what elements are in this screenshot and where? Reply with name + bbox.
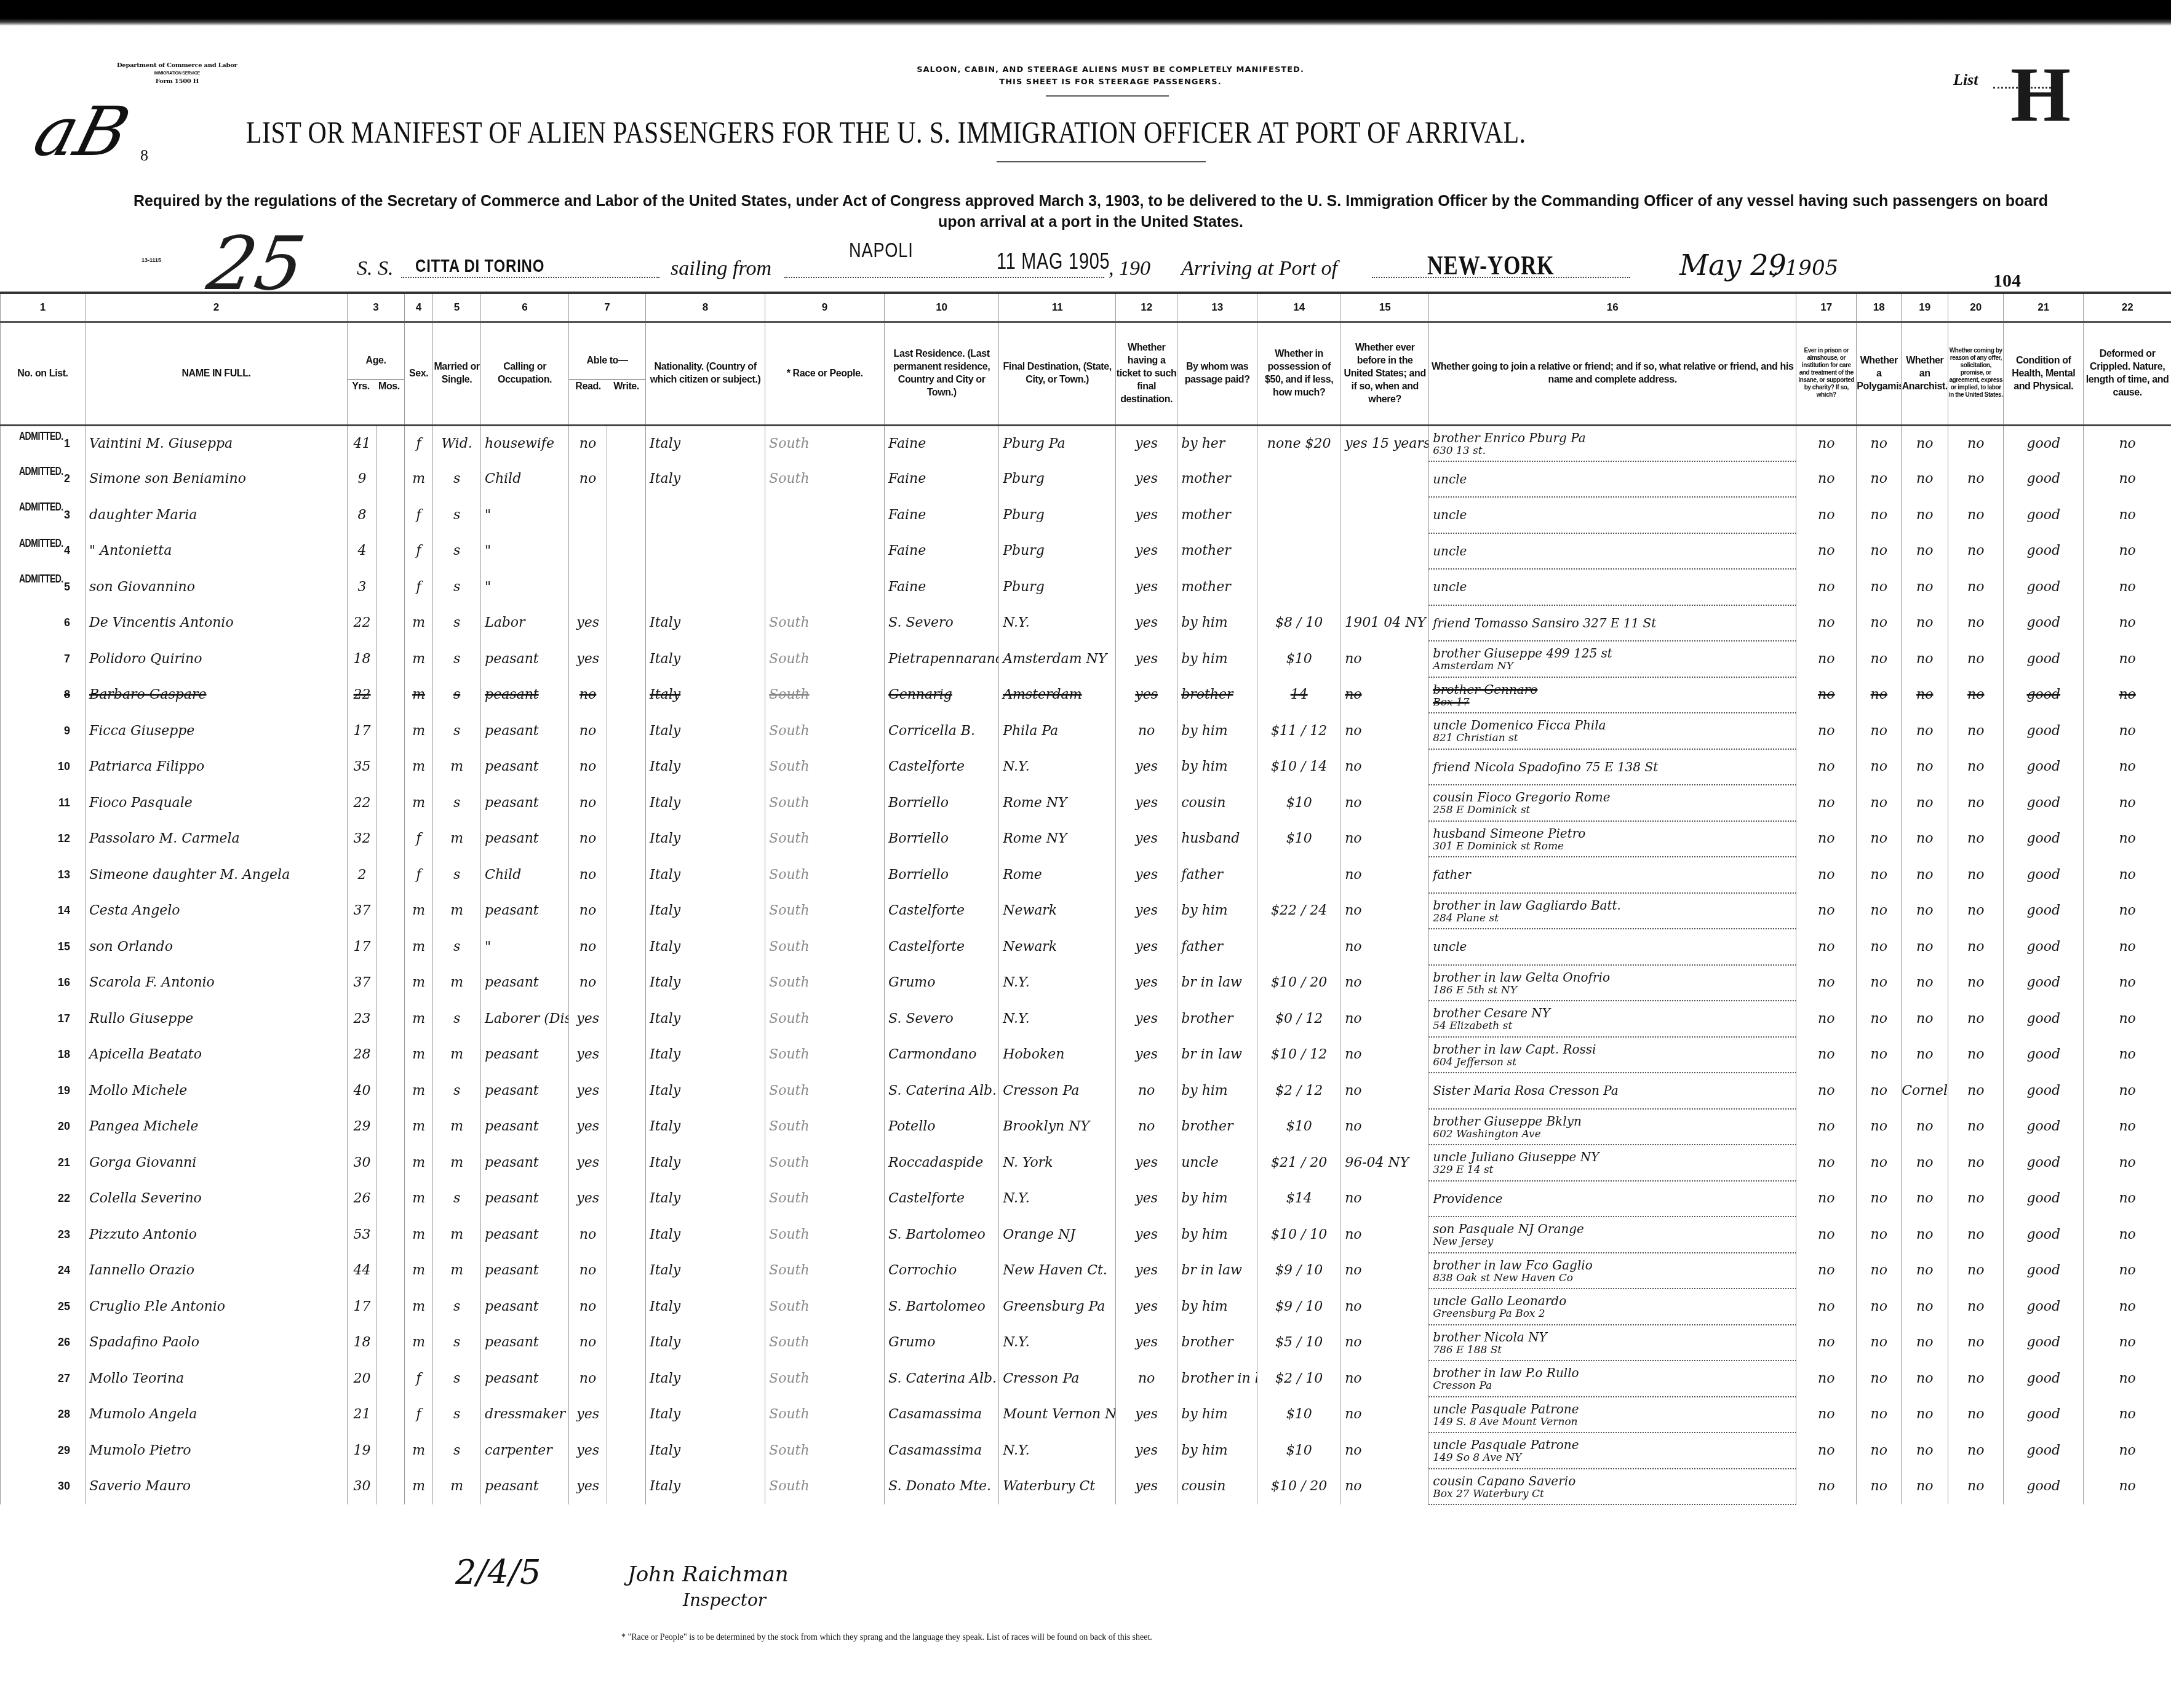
cell-contract-labor: no [1948,1217,2004,1253]
relative-name: brother in law Gelta Onofrio [1433,970,1610,985]
cell-passenger-name: Mumolo Pietro [86,1432,348,1469]
cell-has-ticket: yes [1116,1181,1177,1217]
cell-occupation: Child [481,461,569,498]
relative-name: son Pasquale NJ Orange [1433,1221,1584,1236]
cell-has-ticket: yes [1116,1325,1177,1361]
cell-relative-or-friend: brother Enrico Pburg Pa630 13 st. [1429,425,1796,461]
cell-last-residence: Grumo [885,1325,999,1361]
cell-passenger-name: son Giovannino [86,569,348,605]
cell-prison: no [1796,1469,1857,1505]
cell-prison: no [1796,1181,1857,1217]
cell-occupation: carpenter [481,1432,569,1469]
cell-sex: f [405,497,433,533]
cell-final-destination: Amsterdam [999,677,1116,713]
cell-can-write [607,785,646,821]
cell-age-months [377,1001,405,1037]
cell-anarchist: no [1902,893,1948,929]
cell-occupation: housewife [481,425,569,461]
admitted-stamp: ADMITTED. [19,573,63,585]
cell-anarchist: no [1902,749,1948,785]
relative-name: Providence [1433,1191,1502,1206]
cell-can-write [607,641,646,677]
cell-age-months [377,1469,405,1505]
cell-deformed: no [2084,677,2171,713]
cell-marital-status: s [433,1001,481,1037]
cell-health: good [2004,1001,2084,1037]
cell-has-ticket: yes [1116,497,1177,533]
header-calling: Calling or Occupation. [481,322,569,425]
cell-passenger-name: Mollo Michele [86,1073,348,1109]
cell-passenger-name: son Orlando [86,929,348,965]
relative-address: 54 Elizabeth st [1433,1020,1796,1031]
cell-has-ticket: yes [1116,785,1177,821]
cell-money: $10 / 20 [1257,965,1341,1001]
cell-sex: f [405,425,433,461]
cell-age-months [377,1253,405,1289]
row-number: 6 [64,616,70,629]
cell-age-months [377,1073,405,1109]
cell-can-write [607,1073,646,1109]
cell-passage-paid-by: by him [1177,605,1257,641]
cell-polygamist: no [1857,533,1902,570]
list-letter: H [2010,57,2071,134]
cell-health: good [2004,821,2084,857]
relative-name: brother in law P.o Rullo [1433,1365,1579,1380]
cell-prison: no [1796,677,1857,713]
row-number: 27 [58,1372,70,1384]
header-last-residence: Last Residence. (Last permanent residenc… [885,322,999,425]
row-number: 18 [58,1048,70,1060]
cell-anarchist: no [1902,1109,1948,1145]
cell-passenger-name: Mumolo Angela [86,1397,348,1433]
cell-last-residence: Casamassima [885,1397,999,1433]
col-num: 8 [646,293,765,322]
cell-last-residence: Borriello [885,785,999,821]
cell-last-residence: S. Bartolomeo [885,1217,999,1253]
cell-contract-labor: no [1948,785,2004,821]
cell-relative-or-friend: brother in law Gelta Onofrio186 E 5th st… [1429,965,1796,1001]
cell-race: South [765,1469,885,1505]
cell-marital-status: m [433,1037,481,1073]
cell-final-destination: N.Y. [999,1181,1116,1217]
cell-marital-status: s [433,1289,481,1325]
cell-occupation: peasant [481,1253,569,1289]
form-code: 13-1115 [141,257,161,263]
cell-nationality: Italy [646,641,765,677]
table-row: 30Saverio Mauro30mmpeasantyesItalySouthS… [1,1469,2171,1505]
row-number: 13 [58,868,70,881]
cell-contract-labor: no [1948,533,2004,570]
cell-prison: no [1796,857,1857,893]
cell-anarchist: no [1902,425,1948,461]
relative-name: uncle Pasquale Patrone [1433,1437,1579,1452]
table-row: 14Cesta Angelo37mmpeasantnoItalySouthCas… [1,893,2171,929]
cell-marital-status: s [433,1181,481,1217]
cell-can-read: no [569,461,607,498]
cell-nationality: Italy [646,1073,765,1109]
cell-age-months [377,1217,405,1253]
cell-money [1257,569,1341,605]
cell-occupation: peasant [481,749,569,785]
cell-marital-status: m [433,1253,481,1289]
cell-polygamist: no [1857,641,1902,677]
cell-prison: no [1796,893,1857,929]
cell-money: $10 [1257,1397,1341,1433]
cell-occupation: peasant [481,785,569,821]
cell-contract-labor: no [1948,1037,2004,1073]
cell-sex: f [405,821,433,857]
cell-occupation: peasant [481,1073,569,1109]
cell-marital-status: m [433,749,481,785]
cell-age-years: 20 [348,1360,377,1397]
page-number: 104 [1993,271,2021,292]
cell-relative-or-friend: son Pasquale NJ OrangeNew Jersey [1429,1217,1796,1253]
cell-passage-paid-by: father [1177,929,1257,965]
cell-can-read [569,569,607,605]
cell-polygamist: no [1857,677,1902,713]
admitted-stamp: ADMITTED. [19,465,63,477]
col-num: 3 [348,293,405,322]
cell-nationality [646,533,765,570]
relative-address: Greensburg Pa Box 2 [1433,1308,1796,1319]
cell-passage-paid-by: br in law [1177,965,1257,1001]
cell-passenger-name: Vaintini M. Giuseppa [86,425,348,461]
cell-contract-labor: no [1948,1325,2004,1361]
cell-passage-paid-by: mother [1177,461,1257,498]
cell-race: South [765,965,885,1001]
cell-age-months [377,1397,405,1433]
cell-occupation: peasant [481,1037,569,1073]
cell-last-residence: Roccadaspide [885,1145,999,1181]
cell-nationality: Italy [646,1360,765,1397]
relative-name: brother Nicola NY [1433,1330,1547,1345]
voyage-details: S. S. CITTA DI TORINO sailing from NAPOL… [357,252,2018,289]
cell-marital-status: s [433,1325,481,1361]
cell-age-years: 8 [348,497,377,533]
cell-health: good [2004,1217,2084,1253]
header-name: NAME IN FULL. [86,322,348,425]
cell-before-in-us: no [1341,749,1429,785]
relative-name: uncle [1433,939,1467,954]
cell-final-destination: Cresson Pa [999,1360,1116,1397]
cell-before-in-us: no [1341,1217,1429,1253]
cell-health: good [2004,1397,2084,1433]
cell-health: good [2004,605,2084,641]
cell-relative-or-friend: uncle Pasquale Patrone149 S. 8 Ave Mount… [1429,1397,1796,1433]
cell-can-read: no [569,749,607,785]
cell-relative-or-friend: brother Giuseppe Bklyn602 Washington Ave [1429,1109,1796,1145]
cell-polygamist: no [1857,1360,1902,1397]
cell-passenger-number: ADMITTED.1 [1,425,86,461]
cell-relative-or-friend: brother in law Capt. Rossi604 Jefferson … [1429,1037,1796,1073]
cell-final-destination: Waterbury Ct [999,1469,1116,1505]
cell-age-months [377,533,405,570]
cell-passenger-number: 22 [1,1181,86,1217]
cell-final-destination: N. York [999,1145,1116,1181]
cell-sex: m [405,1217,433,1253]
cell-can-read: yes [569,641,607,677]
cell-relative-or-friend: uncle [1429,461,1796,498]
cell-race: South [765,1001,885,1037]
cell-occupation: peasant [481,1145,569,1181]
cell-age-years: 28 [348,1037,377,1073]
cell-age-years: 30 [348,1469,377,1505]
cell-before-in-us [1341,533,1429,570]
cell-money: $10 / 10 [1257,1217,1341,1253]
cell-relative-or-friend: brother in law Gagliardo Batt.284 Plane … [1429,893,1796,929]
header-contract-labor: Whether coming by reason of any offer, s… [1948,322,2004,425]
cell-can-read: no [569,785,607,821]
cell-contract-labor: no [1948,497,2004,533]
cell-last-residence: Castelforte [885,893,999,929]
cell-relative-or-friend: brother Cesare NY54 Elizabeth st [1429,1001,1796,1037]
cell-prison: no [1796,1253,1857,1289]
cell-final-destination: Rome [999,857,1116,893]
cell-deformed: no [2084,1001,2171,1037]
cell-can-read: yes [569,1181,607,1217]
cell-passage-paid-by: by her [1177,425,1257,461]
cell-relative-or-friend: uncle Gallo LeonardoGreensburg Pa Box 2 [1429,1289,1796,1325]
cell-sex: m [405,641,433,677]
col-num: 7 [569,293,646,322]
cell-passenger-number: 10 [1,749,86,785]
relative-address: Amsterdam NY [1433,661,1796,672]
cell-can-write [607,1145,646,1181]
cell-anarchist: no [1902,713,1948,749]
cell-deformed: no [2084,1109,2171,1145]
cell-relative-or-friend: husband Simeone Pietro301 E Dominick st … [1429,821,1796,857]
admitted-stamp: ADMITTED. [19,537,63,549]
cell-passenger-name: Iannello Orazio [86,1253,348,1289]
relative-address: New Jersey [1433,1236,1796,1247]
cell-marital-status: s [433,929,481,965]
cell-nationality: Italy [646,1181,765,1217]
cell-passenger-number: 6 [1,605,86,641]
cell-race: South [765,461,885,498]
cell-relative-or-friend: uncle [1429,497,1796,533]
cell-anarchist: no [1902,641,1948,677]
cell-age-years: 29 [348,1109,377,1145]
cell-occupation: dressmaker [481,1397,569,1433]
table-row: 28Mumolo Angela21fsdressmakeryesItalySou… [1,1397,2171,1433]
cell-contract-labor: no [1948,1253,2004,1289]
cell-passenger-name: Barbaro Gaspare [86,677,348,713]
cell-marital-status: s [433,1073,481,1109]
cell-deformed: no [2084,1217,2171,1253]
cell-last-residence: Faine [885,461,999,498]
relative-name: cousin Fioco Gregorio Rome [1433,790,1610,804]
cell-can-read: no [569,893,607,929]
cell-passenger-number: 14 [1,893,86,929]
cell-money: $11 / 12 [1257,713,1341,749]
cell-prison: no [1796,1109,1857,1145]
cell-passenger-name: Pangea Michele [86,1109,348,1145]
cell-passenger-number: ADMITTED.2 [1,461,86,498]
col-num: 17 [1796,293,1857,322]
cell-relative-or-friend: uncle [1429,929,1796,965]
cell-contract-labor: no [1948,965,2004,1001]
cell-passage-paid-by: by him [1177,641,1257,677]
table-row: ADMITTED.1Vaintini M. Giuseppa41fWid.hou… [1,425,2171,461]
cell-health: good [2004,1037,2084,1073]
relative-name: brother in law Fco Gaglio [1433,1258,1593,1273]
cell-can-write [607,1397,646,1433]
col-num: 9 [765,293,885,322]
cell-can-read: yes [569,1145,607,1181]
cell-anarchist: no [1902,1181,1948,1217]
cell-contract-labor: no [1948,569,2004,605]
table-row: ADMITTED.3daughter Maria8fs"FainePburgye… [1,497,2171,533]
cell-occupation: peasant [481,893,569,929]
sailing-label: sailing from [671,257,771,280]
cell-last-residence: Potello [885,1109,999,1145]
cell-relative-or-friend: uncle [1429,569,1796,605]
cell-contract-labor: no [1948,1001,2004,1037]
cell-age-years: 32 [348,821,377,857]
cell-anarchist: no [1902,461,1948,498]
table-row: ADMITTED.5son Giovannino3fs"FainePburgye… [1,569,2171,605]
cell-nationality: Italy [646,1217,765,1253]
cell-prison: no [1796,965,1857,1001]
cell-passenger-name: Patriarca Filippo [86,749,348,785]
arrival-year: , 1905 [1772,256,1838,280]
cell-age-years: 37 [348,965,377,1001]
cell-occupation: " [481,929,569,965]
cell-passenger-number: 23 [1,1217,86,1253]
cell-prison: no [1796,1432,1857,1469]
cell-deformed: no [2084,1360,2171,1397]
cell-passenger-name: Simeone daughter M. Angela [86,857,348,893]
cell-sex: m [405,1181,433,1217]
cell-money: $9 / 10 [1257,1289,1341,1325]
cell-contract-labor: no [1948,857,2004,893]
cell-age-months [377,641,405,677]
col-num: 6 [481,293,569,322]
cell-last-residence: Borriello [885,857,999,893]
cell-money: $9 / 10 [1257,1253,1341,1289]
relative-address: 329 E 14 st [1433,1164,1796,1175]
cell-money: $10 [1257,785,1341,821]
cell-age-years: 44 [348,1253,377,1289]
cell-anarchist: no [1902,821,1948,857]
cell-polygamist: no [1857,1145,1902,1181]
cell-anarchist: no [1902,1145,1948,1181]
cell-passage-paid-by: husband [1177,821,1257,857]
cell-passenger-name: Simone son Beniamino [86,461,348,498]
cell-passenger-number: ADMITTED.4 [1,533,86,570]
cell-health: good [2004,1289,2084,1325]
cell-passenger-number: 30 [1,1469,86,1505]
cell-before-in-us: no [1341,1397,1429,1433]
cell-prison: no [1796,425,1857,461]
row-number: 5 [64,581,70,593]
arrival-date: May 29 [1679,248,1787,282]
cell-occupation: peasant [481,1289,569,1325]
cell-race: South [765,749,885,785]
cell-anarchist: no [1902,1289,1948,1325]
cell-final-destination: Hoboken [999,1037,1116,1073]
cell-deformed: no [2084,1037,2171,1073]
cell-deformed: no [2084,893,2171,929]
cell-age-years: 53 [348,1217,377,1253]
cell-race: South [765,1325,885,1361]
cell-final-destination: N.Y. [999,605,1116,641]
cell-before-in-us: no [1341,1289,1429,1325]
cell-nationality: Italy [646,677,765,713]
cell-race: South [765,1181,885,1217]
cell-age-years: 26 [348,1181,377,1217]
cell-passenger-name: Fioco Pasquale [86,785,348,821]
cell-sex: m [405,713,433,749]
cell-sex: m [405,893,433,929]
cell-can-write [607,1360,646,1397]
cell-polygamist: no [1857,1325,1902,1361]
cell-money [1257,533,1341,570]
cell-anarchist: no [1902,929,1948,965]
cell-race: South [765,1109,885,1145]
relative-address: 149 S. 8 Ave Mount Vernon [1433,1416,1796,1428]
row-number: 14 [58,904,70,916]
cell-money: $10 [1257,821,1341,857]
cell-race: South [765,821,885,857]
cell-relative-or-friend: brother in law Fco Gaglio838 Oak st New … [1429,1253,1796,1289]
cell-race: South [765,641,885,677]
cell-can-write [607,425,646,461]
cell-nationality: Italy [646,1001,765,1037]
cell-relative-or-friend: Providence [1429,1181,1796,1217]
col-num: 22 [2084,293,2171,322]
cell-prison: no [1796,1145,1857,1181]
cell-last-residence: Castelforte [885,1181,999,1217]
cell-sex: m [405,1325,433,1361]
cell-can-write [607,929,646,965]
cell-has-ticket: no [1116,1109,1177,1145]
cell-nationality: Italy [646,1325,765,1361]
cell-occupation: Labor [481,605,569,641]
cell-passenger-number: 13 [1,857,86,893]
cell-deformed: no [2084,1397,2171,1433]
cell-marital-status: s [433,1397,481,1433]
cell-can-write [607,569,646,605]
cell-sex: m [405,965,433,1001]
cell-can-read: no [569,929,607,965]
cell-age-months [377,965,405,1001]
cell-has-ticket: yes [1116,461,1177,498]
cell-has-ticket: yes [1116,533,1177,570]
cell-final-destination: Pburg [999,569,1116,605]
cell-can-write [607,1037,646,1073]
cell-relative-or-friend: friend Nicola Spadofino 75 E 138 St [1429,749,1796,785]
cell-deformed: no [2084,605,2171,641]
cell-final-destination: Greensburg Pa [999,1289,1116,1325]
cell-nationality: Italy [646,1397,765,1433]
cell-polygamist: no [1857,1037,1902,1073]
cell-age-months [377,857,405,893]
cell-has-ticket: yes [1116,1253,1177,1289]
service-label: IMMIGRATION SERVICE [117,70,237,77]
cell-has-ticket: yes [1116,1217,1177,1253]
cell-contract-labor: no [1948,749,2004,785]
cell-relative-or-friend: cousin Fioco Gregorio Rome258 E Dominick… [1429,785,1796,821]
relative-address: 284 Plane st [1433,913,1796,924]
cell-marital-status: Wid. [433,425,481,461]
cell-deformed: no [2084,785,2171,821]
header-age-yrs: Yrs. [352,380,370,393]
cell-health: good [2004,713,2084,749]
cell-age-months [377,1181,405,1217]
cell-can-write [607,893,646,929]
relative-name: cousin Capano Saverio [1433,1474,1575,1488]
